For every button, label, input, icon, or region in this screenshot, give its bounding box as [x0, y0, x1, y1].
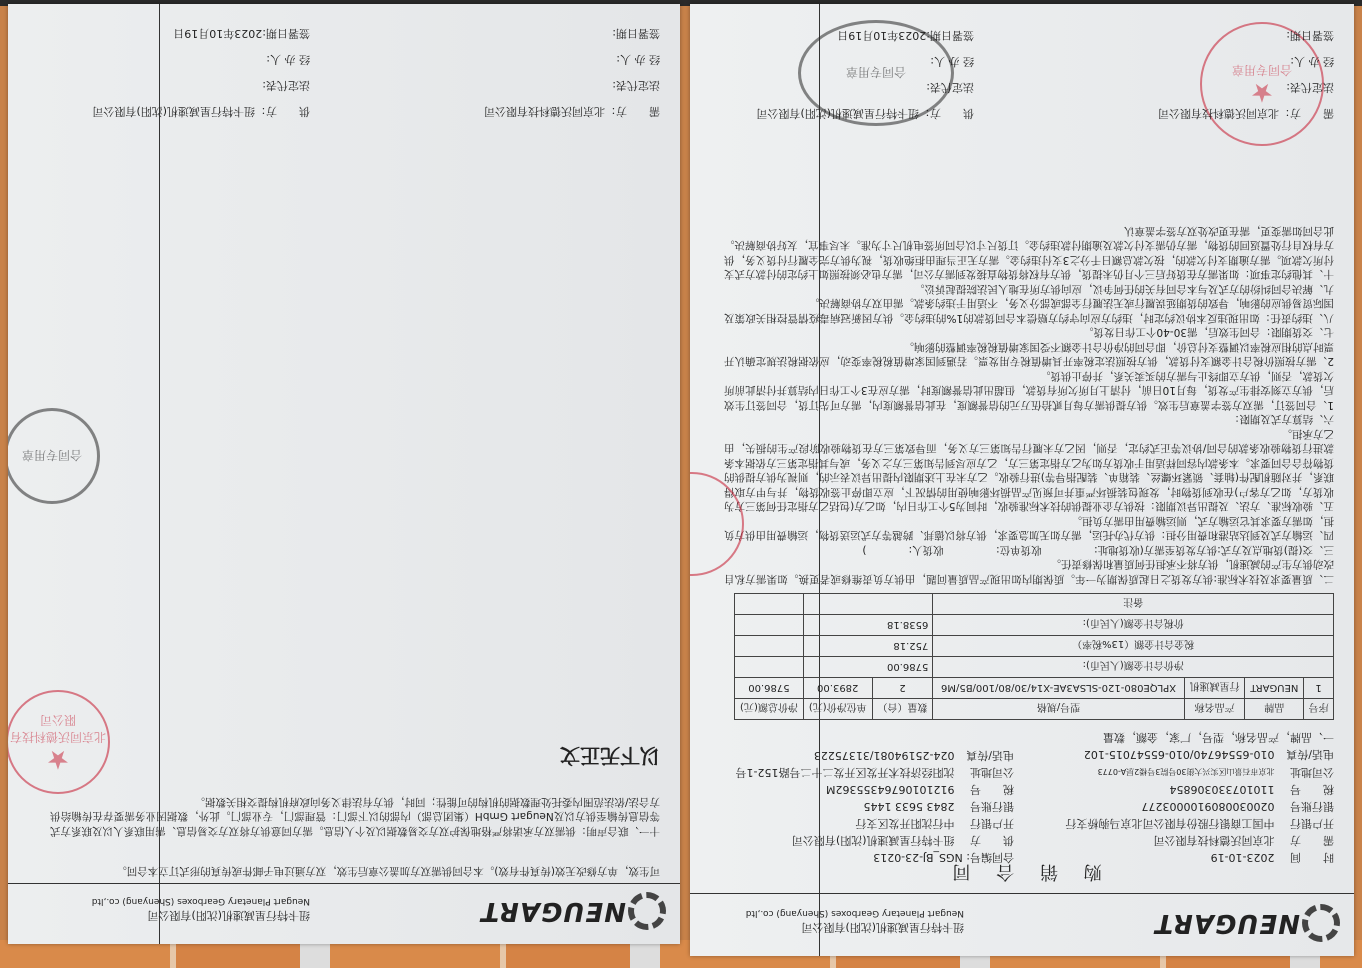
clause-11-text: 十一、联合声明：供需双方承诺将严格地保护双方交易数据以及个人信息。需方同意供方将… — [50, 795, 660, 839]
summary-blank — [735, 594, 804, 615]
clause-paragraph: 九、解决合同纠纷的方式及与本合同有关的任何争议，应向供方所在地人民法院提起诉讼。 — [724, 282, 1334, 297]
no-more-text: 以下无正文 — [560, 743, 660, 772]
clause-paragraph: 四、运输方式及到达站港和费用分担：供方代办托运，需方如无加急要求，供方将以德邦、… — [724, 514, 1334, 543]
header-company: 纽卡特行星减速机(沈阳)有限公司 Neugart Planetary Gearb… — [746, 906, 964, 934]
company-name-cn: 纽卡特行星减速机(沈阳)有限公司 — [92, 908, 310, 922]
clause-11: 十一、联合声明：供需双方承诺将严格地保护双方交易数据以及个人信息。需方同意供方将… — [50, 795, 660, 839]
table-header-row: 序号品牌产品名称型号/规格数量（台）单位净价(元)净价总额(元) — [735, 699, 1334, 720]
buyer-signature-block: 需 方：北京同沃德科技有限公司 法定代表: 经 办 人: 签署日期: — [1158, 22, 1334, 126]
clause-paragraph: 二、质量要求及技术标准:供方发货之日起质保期为一年。质保期内如出现产品质量问题，… — [724, 557, 1334, 586]
company-logo: NEUGART — [480, 892, 666, 930]
gear-icon — [628, 892, 666, 930]
summary-value: 6538.18 — [803, 615, 933, 636]
summary-blank — [735, 636, 804, 657]
column-header: 净价总额(元) — [735, 699, 804, 720]
contract-date: 2023-10-19 — [1211, 851, 1275, 864]
items-table: 序号品牌产品名称型号/规格数量（台）单位净价(元)净价总额(元) 1NEUGAR… — [734, 593, 1334, 720]
summary-row: 备注 — [735, 594, 1334, 615]
clause-paragraph: 八、违约责任：如出现违反本协议约定时，违约方应向守约方赔偿本合同货款的1%的违约… — [724, 296, 1334, 325]
seller-signature-block: 供 方：纽卡特行星减速机(沈阳)有限公司 法定代表: 经 办 人: 签署日期:2… — [92, 20, 310, 124]
continued-text: 可生效，单方修改无效(传真件有效)。本合同供需双方加盖公章后生效，双方通过电子邮… — [50, 864, 660, 879]
header-rule — [690, 893, 1354, 894]
summary-label: 税金合计金额（13%税率） — [933, 636, 1334, 657]
column-header: 品牌 — [1245, 699, 1304, 720]
summary-row: 价税合计金额(人民币):6538.18 — [735, 615, 1334, 636]
clause-paragraph: 五、验收标准、方法、及提出异议期限：按供方企业提供的技术标准验收，时间为5个工作… — [724, 427, 1334, 514]
table-cell: 2893.00 — [803, 678, 872, 699]
clause-paragraph: 三、交(提)货地点及方式:供方发货至需方(收货地址: 收货单位: 收货人: ) — [724, 543, 1334, 558]
summary-label: 净价合计金额(人民币): — [933, 657, 1334, 678]
company-name-cn: 纽卡特行星减速机(沈阳)有限公司 — [746, 920, 964, 934]
table-cell: XPLQE080-120-SLSA3AE-X14/30/80/100/B5/M6 — [933, 678, 1184, 699]
clause-paragraph: 六、结算方式及期限： — [724, 412, 1334, 427]
contract-page-1: NEUGART 纽卡特行星减速机(沈阳)有限公司 Neugart Planeta… — [690, 4, 1354, 956]
logo-text: NEUGART — [480, 896, 626, 926]
table-body: 1NEUGART行星减速机XPLQE080-120-SLSA3AE-X14/30… — [735, 594, 1334, 699]
header-company: 纽卡特行星减速机(沈阳)有限公司 Neugart Planetary Gearb… — [92, 894, 310, 922]
summary-value: 5786.00 — [803, 657, 933, 678]
company-logo: NEUGART — [1154, 904, 1340, 942]
column-header: 型号/规格 — [933, 699, 1184, 720]
table-cell: NEUGART — [1245, 678, 1304, 699]
clause-paragraph: 十、其他约定事项：如果需方在货好后三个月仍未提货，供方有权将货物直接发到需方公司… — [724, 224, 1334, 282]
summary-blank — [735, 615, 804, 636]
table-cell: 行星减速机 — [1184, 678, 1245, 699]
table-cell: 5786.00 — [735, 678, 804, 699]
summary-row: 税金合计金额（13%税率）752.18 — [735, 636, 1334, 657]
summary-blank — [735, 657, 804, 678]
table-cell: 2 — [872, 678, 933, 699]
header-rule — [8, 883, 680, 884]
company-name-en: Neugart Planetary Gearboxes (Shenyang) c… — [746, 906, 964, 920]
table-cell: 1 — [1304, 678, 1334, 699]
buyer-info: 时 间 2023-10-19 需 方 北京同沃德科技有限公司 开户银行 中国工商… — [1066, 729, 1335, 866]
star-icon: ★ — [8, 746, 108, 772]
clause-paragraph: 2、需方按照价税合计金额支付货款，供方按照法定税率开具增值税专用发票。若遇到国家… — [724, 340, 1334, 369]
table-row: 1NEUGART行星减速机XPLQE080-120-SLSA3AE-X14/30… — [735, 678, 1334, 699]
seller-signature-block: 供 方：纽卡特行星减速机(沈阳)有限公司 法定代表: 经 办 人: 签署日期:2… — [756, 22, 974, 126]
clause-paragraph: 七、交货期限：合同生效后，需30-40个工作日发货。 — [724, 325, 1334, 340]
column-header: 序号 — [1304, 699, 1334, 720]
contract-page-2: NEUGART 纽卡特行星减速机(沈阳)有限公司 Neugart Planeta… — [8, 4, 680, 944]
company-name-en: Neugart Planetary Gearboxes (Shenyang) c… — [92, 894, 310, 908]
summary-value — [803, 594, 933, 615]
column-header: 产品名称 — [1184, 699, 1245, 720]
summary-row: 净价合计金额(人民币):5786.00 — [735, 657, 1334, 678]
contract-number: NGS_BJ-23-0213 — [873, 851, 963, 864]
column-header: 单位净价(元) — [803, 699, 872, 720]
summary-label: 备注 — [933, 594, 1334, 615]
seller-info: 合同编号: NGS_BJ-23-0213 供 方 纽卡特行星减速机(沈阳)有限公… — [736, 747, 1014, 866]
summary-value: 752.18 — [803, 636, 933, 657]
buyer-stamp: ★北京同沃德科技有限公司 — [8, 690, 110, 794]
logo-text: NEUGART — [1154, 908, 1300, 938]
seller-stamp: 合同专用章 — [8, 408, 100, 504]
summary-label: 价税合计金额(人民币): — [933, 615, 1334, 636]
buyer-signature-block: 需 方：北京同沃德科技有限公司 法定代表: 经 办 人: 签署日期: — [484, 20, 660, 124]
contract-clauses: 二、质量要求及技术标准:供方发货之日起质保期为一年。质保期内如出现产品质量问题，… — [724, 224, 1334, 587]
column-header: 数量（台） — [872, 699, 933, 720]
clause-paragraph: 1、合同签订，需双方签字盖章后生效。供方提供需方每月贰拾伍万元的信誉额度，在此信… — [724, 369, 1334, 413]
gear-icon — [1302, 904, 1340, 942]
section-1-heading: 一、品牌，产品名称，型号，厂家，金额，数量 — [1066, 729, 1335, 746]
clause-continued: 可生效，单方修改无效(传真件有效)。本合同供需双方加盖公章后生效，双方通过电子邮… — [50, 864, 660, 879]
